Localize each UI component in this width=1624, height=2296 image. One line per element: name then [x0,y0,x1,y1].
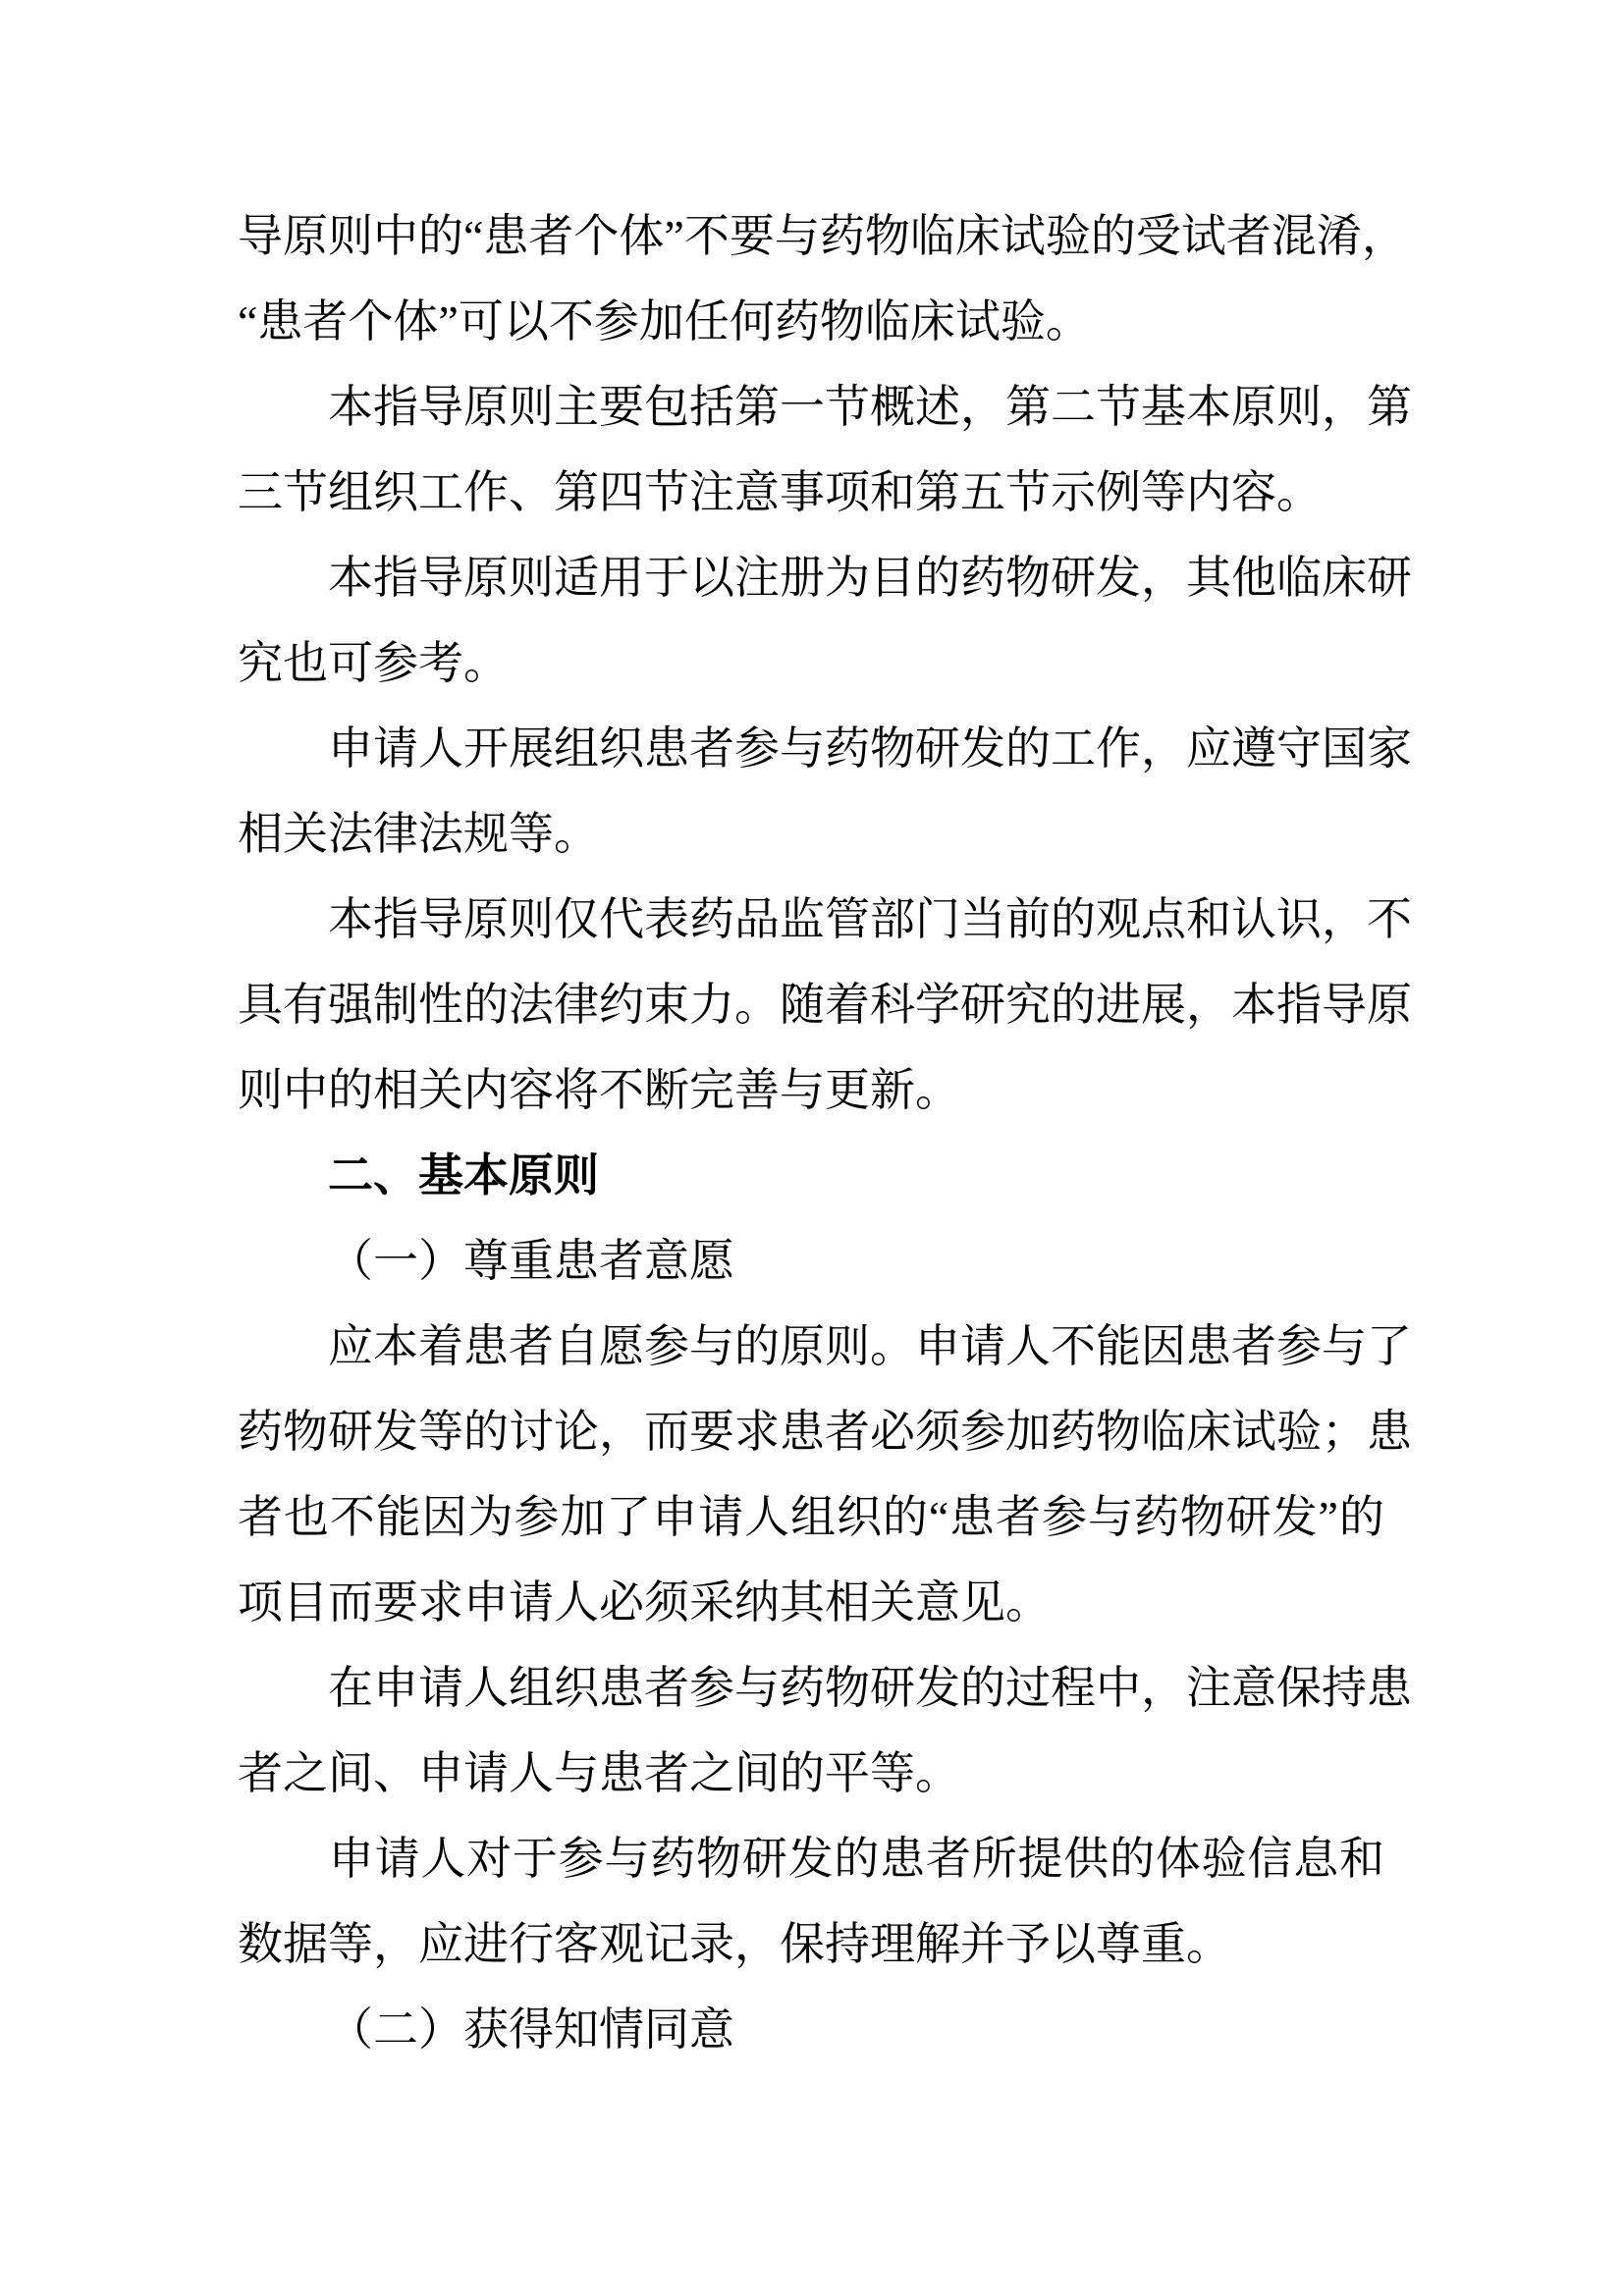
text-line: 本指导原则适用于以注册为目的药物研发，其他临床研 [238,535,1384,620]
text-line: 数据等，应进行客观记录，保持理解并予以尊重。 [238,1901,1384,1987]
subsection-heading: （一）尊重患者意愿 [238,1218,1384,1304]
text-line: 应本着患者自愿参与的原则。申请人不能因患者参与了 [238,1304,1384,1389]
text-line: 药物研发等的讨论，而要求患者必须参加药物临床试验；患 [238,1389,1384,1474]
text-line: 者之间、申请人与患者之间的平等。 [238,1731,1384,1816]
text-line: 项目而要求申请人必须采纳其相关意见。 [238,1560,1384,1645]
text-line: 究也可参考。 [238,620,1384,706]
text-line: 在申请人组织患者参与药物研发的过程中，注意保持患 [238,1645,1384,1731]
text-line: 三节组织工作、第四节注意事项和第五节示例等内容。 [238,450,1384,535]
text-line: 申请人对于参与药物研发的患者所提供的体验信息和 [238,1816,1384,1901]
text-line: 导原则中的“患者个体”不要与药物临床试验的受试者混淆， [238,193,1384,279]
text-line: 本指导原则仅代表药品监管部门当前的观点和认识，不 [238,877,1384,962]
subsection-heading: （二）获得知情同意 [238,1987,1384,2072]
text-line: 者也不能因为参加了申请人组织的“患者参与药物研发”的 [238,1474,1384,1560]
document-text-block: 导原则中的“患者个体”不要与药物临床试验的受试者混淆，“患者个体”可以不参加任何… [238,193,1384,2072]
text-line: 相关法律法规等。 [238,791,1384,877]
section-heading: 二、基本原则 [238,1133,1384,1218]
text-line: “患者个体”可以不参加任何药物临床试验。 [238,279,1384,364]
text-line: 具有强制性的法律约束力。随着科学研究的进展，本指导原 [238,962,1384,1047]
text-line: 本指导原则主要包括第一节概述，第二节基本原则，第 [238,364,1384,450]
text-line: 申请人开展组织患者参与药物研发的工作，应遵守国家 [238,706,1384,791]
text-line: 则中的相关内容将不断完善与更新。 [238,1047,1384,1133]
document-page: 导原则中的“患者个体”不要与药物临床试验的受试者混淆，“患者个体”可以不参加任何… [0,0,1624,2296]
